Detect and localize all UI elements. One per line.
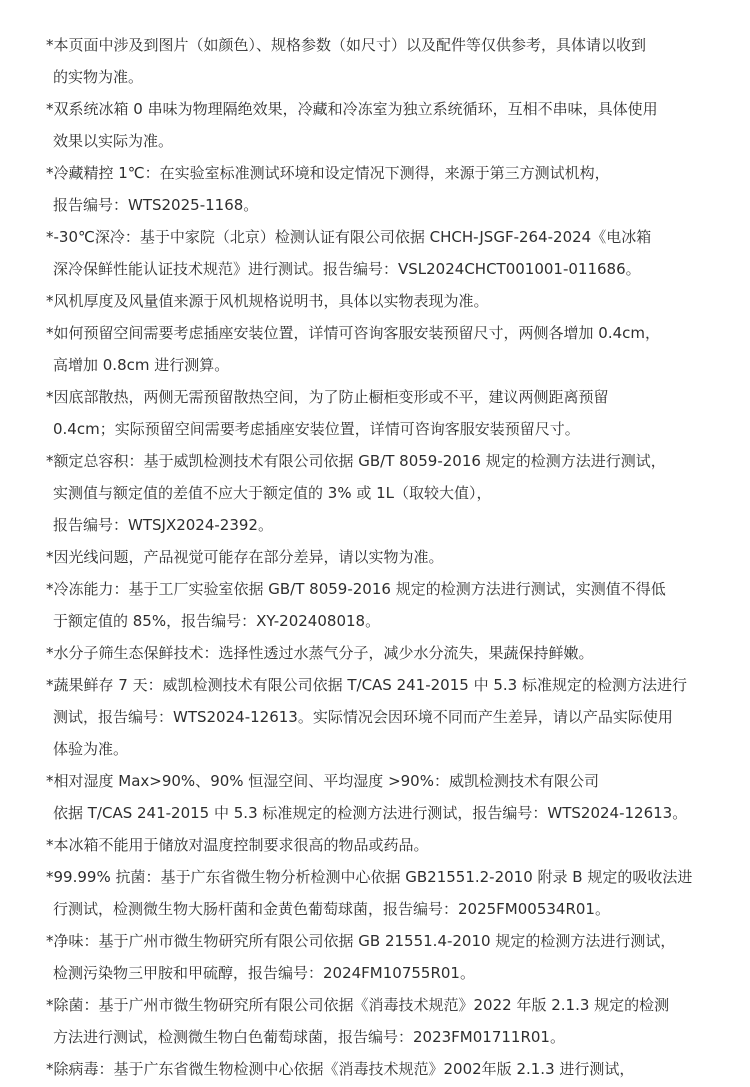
disclaimer-note: *净味：基于广州市微生物研究所有限公司依据 GB 21551.4-2010 规定… (46, 925, 726, 989)
disclaimer-note: *-30℃深冷：基于中家院（北京）检测认证有限公司依据 CHCH-JSGF-26… (46, 221, 726, 285)
note-line: *蔬果鲜存 7 天：威凯检测技术有限公司依据 T/CAS 241-2015 中 … (46, 669, 726, 701)
disclaimer-note: *因底部散热，两侧无需预留散热空间，为了防止橱柜变形或不平，建议两侧距离预留0.… (46, 381, 726, 445)
note-line-continuation: 测试，报告编号：WTS2024-12613。实际情况会因环境不同而产生差异，请以… (46, 701, 726, 733)
disclaimer-note: *双系统冰箱 0 串味为物理隔绝效果，冷藏和冷冻室为独立系统循环，互相不串味，具… (46, 93, 726, 157)
note-line-continuation: 深冷保鲜性能认证技术规范》进行测试。报告编号：VSL2024CHCT001001… (46, 253, 726, 285)
note-line-continuation: 体验为准。 (46, 733, 726, 765)
disclaimer-note: *蔬果鲜存 7 天：威凯检测技术有限公司依据 T/CAS 241-2015 中 … (46, 669, 726, 765)
note-line-continuation: 高增加 0.8cm 进行测算。 (46, 349, 726, 381)
note-line: *冷藏精控 1℃：在实验室标准测试环境和设定情况下测得，来源于第三方测试机构， (46, 157, 726, 189)
disclaimer-note: *额定总容积：基于威凯检测技术有限公司依据 GB/T 8059-2016 规定的… (46, 445, 726, 541)
note-line: *相对湿度 Max>90%、90% 恒湿空间、平均湿度 >90%：威凯检测技术有… (46, 765, 726, 797)
note-line-continuation: 的实物为准。 (46, 61, 726, 93)
note-line-continuation: 检测污染物三甲胺和甲硫醇，报告编号：2024FM10755R01。 (46, 957, 726, 989)
note-line: *99.99% 抗菌：基于广东省微生物分析检测中心依据 GB21551.2-20… (46, 861, 726, 893)
disclaimer-note: *冷冻能力：基于工厂实验室依据 GB/T 8059-2016 规定的检测方法进行… (46, 573, 726, 637)
disclaimer-note: *冷藏精控 1℃：在实验室标准测试环境和设定情况下测得，来源于第三方测试机构，报… (46, 157, 726, 221)
note-line-continuation: 报告编号：WTS2025-1168。 (46, 189, 726, 221)
note-line: *额定总容积：基于威凯检测技术有限公司依据 GB/T 8059-2016 规定的… (46, 445, 726, 477)
disclaimer-note: *本页面中涉及到图片（如颜色）、规格参数（如尺寸）以及配件等仅供参考，具体请以收… (46, 29, 726, 93)
note-line-continuation: 0.4cm；实际预留空间需要考虑插座安装位置，详情可咨询客服安装预留尺寸。 (46, 413, 726, 445)
disclaimer-note: *除菌：基于广州市微生物研究所有限公司依据《消毒技术规范》2022 年版 2.1… (46, 989, 726, 1053)
disclaimer-note: *因光线问题，产品视觉可能存在部分差异，请以实物为准。 (46, 541, 726, 573)
note-line: *双系统冰箱 0 串味为物理隔绝效果，冷藏和冷冻室为独立系统循环，互相不串味，具… (46, 93, 726, 125)
note-line-continuation: 方法进行测试，检测微生物白色葡萄球菌，报告编号：2023FM01711R01。 (46, 1021, 726, 1053)
disclaimer-note: *水分子筛生态保鲜技术：选择性透过水蒸气分子，减少水分流失，果蔬保持鲜嫩。 (46, 637, 726, 669)
note-line: *因光线问题，产品视觉可能存在部分差异，请以实物为准。 (46, 541, 726, 573)
note-line-continuation: 依据 T/CAS 241-2015 中 5.3 标准规定的检测方法进行测试，报告… (46, 797, 726, 829)
disclaimer-note: *风机厚度及风量值来源于风机规格说明书，具体以实物表现为准。 (46, 285, 726, 317)
note-line: *风机厚度及风量值来源于风机规格说明书，具体以实物表现为准。 (46, 285, 726, 317)
disclaimer-notes: *本页面中涉及到图片（如颜色）、规格参数（如尺寸）以及配件等仅供参考，具体请以收… (46, 29, 726, 1085)
note-line: *水分子筛生态保鲜技术：选择性透过水蒸气分子，减少水分流失，果蔬保持鲜嫩。 (46, 637, 726, 669)
note-line: *如何预留空间需要考虑插座安装位置，详情可咨询客服安装预留尺寸，两侧各增加 0.… (46, 317, 726, 349)
note-line: *本冰箱不能用于储放对温度控制要求很高的物品或药品。 (46, 829, 726, 861)
disclaimer-note: *除病毒：基于广东省微生物检测中心依据《消毒技术规范》2002年版 2.1.3 … (46, 1053, 726, 1085)
disclaimer-note: *相对湿度 Max>90%、90% 恒湿空间、平均湿度 >90%：威凯检测技术有… (46, 765, 726, 829)
note-line: *因底部散热，两侧无需预留散热空间，为了防止橱柜变形或不平，建议两侧距离预留 (46, 381, 726, 413)
disclaimer-note: *如何预留空间需要考虑插座安装位置，详情可咨询客服安装预留尺寸，两侧各增加 0.… (46, 317, 726, 381)
disclaimer-note: *99.99% 抗菌：基于广东省微生物分析检测中心依据 GB21551.2-20… (46, 861, 726, 925)
note-line: *本页面中涉及到图片（如颜色）、规格参数（如尺寸）以及配件等仅供参考，具体请以收… (46, 29, 726, 61)
note-line-continuation: 行测试，检测微生物大肠杆菌和金黄色葡萄球菌，报告编号：2025FM00534R0… (46, 893, 726, 925)
note-line-continuation: 于额定值的 85%，报告编号：XY-202408018。 (46, 605, 726, 637)
note-line: *净味：基于广州市微生物研究所有限公司依据 GB 21551.4-2010 规定… (46, 925, 726, 957)
disclaimer-note: *本冰箱不能用于储放对温度控制要求很高的物品或药品。 (46, 829, 726, 861)
note-line-continuation: 实测值与额定值的差值不应大于额定值的 3% 或 1L（取较大值）， (46, 477, 726, 509)
note-line: *除病毒：基于广东省微生物检测中心依据《消毒技术规范》2002年版 2.1.3 … (46, 1053, 726, 1085)
note-line: *-30℃深冷：基于中家院（北京）检测认证有限公司依据 CHCH-JSGF-26… (46, 221, 726, 253)
note-line-continuation: 效果以实际为准。 (46, 125, 726, 157)
note-line-continuation: 报告编号：WTSJX2024-2392。 (46, 509, 726, 541)
note-line: *冷冻能力：基于工厂实验室依据 GB/T 8059-2016 规定的检测方法进行… (46, 573, 726, 605)
note-line: *除菌：基于广州市微生物研究所有限公司依据《消毒技术规范》2022 年版 2.1… (46, 989, 726, 1021)
